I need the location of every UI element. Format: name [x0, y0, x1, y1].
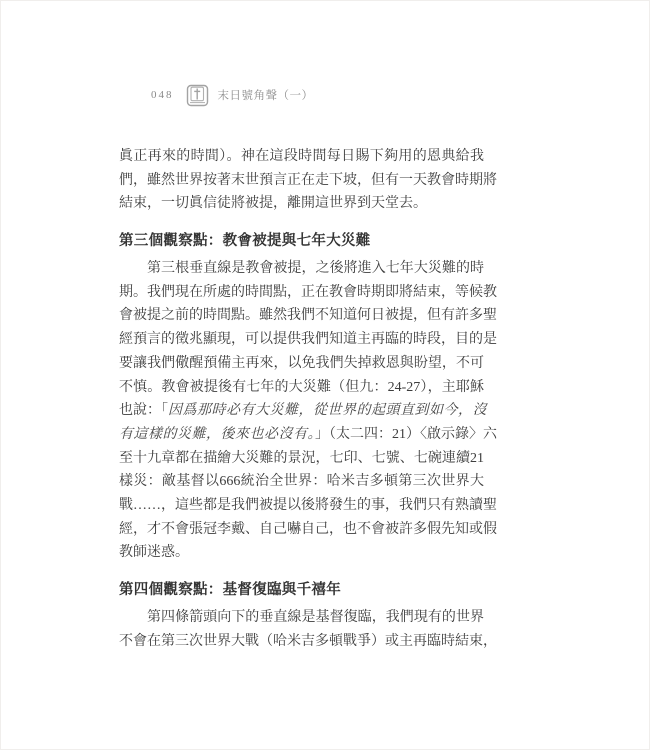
body-text: 要讓我們儆醒預備主再來，以免我們失掉救恩與盼望，不可	[119, 356, 484, 371]
body-text: 也說：「	[119, 403, 168, 418]
paragraph: 眞正再來的時間）。神在這段時間每日賜下夠用的恩典給我們，雖然世界按著末世預言正在…	[119, 145, 484, 216]
body-text: 經預言的徵兆顯現，可以提供我們知道主再臨的時段，目的是	[119, 332, 497, 347]
text-line: 不慎。教會被提後有七年的大災難（但九：24-27），主耶穌	[119, 376, 484, 400]
body-text: 教師迷惑。	[119, 545, 189, 560]
body-text: 會被提之前的時間點。雖然我們不知道何日被提，但有許多聖	[119, 308, 497, 323]
text-line: 期。我們現在所處的時間點，正在教會時期即將結束，等候教	[119, 281, 484, 305]
text-line: 要讓我們儆醒預備主再來，以免我們失掉救恩與盼望，不可	[119, 352, 484, 376]
body-text: 不會在第三次世界大戰（哈米吉多頓戰爭）或主再臨時結束，	[119, 634, 497, 649]
text-line: 有這樣的災難，後來也必沒有。」（太二四：21）〈啟示錄〉六	[119, 423, 484, 447]
section-heading: 第三個觀察點：教會被提與七年大災難	[119, 230, 484, 252]
body-text: 第三根垂直線是教會被提，之後將進入七年大災難的時	[147, 261, 484, 276]
body-text: 不慎。教會被提後有七年的大災難（但九：24-27），主耶穌	[119, 380, 484, 395]
text-line: 也說：「因爲那時必有大災難，從世界的起頭直到如今，沒	[119, 399, 484, 423]
paragraph: 第四條箭頭向下的垂直線是基督復臨，我們現有的世界不會在第三次世界大戰（哈米吉多頓…	[119, 606, 484, 653]
text-line: 教師迷惑。	[119, 541, 484, 565]
text-line: 樣災：敵基督以666統治全世界：哈米吉多頓第三次世界大	[119, 470, 484, 494]
body-text: 們，雖然世界按著末世預言正在走下坡，但有一天教會時期將	[119, 173, 497, 188]
paragraph: 第三根垂直線是教會被提，之後將進入七年大災難的時期。我們現在所處的時間點，正在教…	[119, 257, 484, 565]
body-text: 期。我們現在所處的時間點，正在教會時期即將結束，等候教	[119, 285, 497, 300]
body-text: 第四條箭頭向下的垂直線是基督復臨，我們現有的世界	[147, 610, 484, 625]
text-line: 會被提之前的時間點。雖然我們不知道何日被提，但有許多聖	[119, 304, 484, 328]
text-line: 經，才不會張冠李戴、自己嚇自己，也不會被許多假先知或假	[119, 518, 484, 542]
scripture-quote-text: 有這樣的災難，後來也必沒有。	[119, 427, 315, 442]
body-text: 經，才不會張冠李戴、自己嚇自己，也不會被許多假先知或假	[119, 522, 497, 537]
text-line: 經預言的徵兆顯現，可以提供我們知道主再臨的時段，目的是	[119, 328, 484, 352]
section-heading: 第四個觀察點：基督復臨與千禧年	[119, 579, 484, 601]
text-line: 第四條箭頭向下的垂直線是基督復臨，我們現有的世界	[119, 606, 484, 630]
body-text: 眞正再來的時間）。神在這段時間每日賜下夠用的恩典給我	[119, 149, 484, 164]
text-line: 戰……，這些都是我們被提以後將發生的事，我們只有熟讀聖	[119, 494, 484, 518]
text-line: 們，雖然世界按著末世預言正在走下坡，但有一天教會時期將	[119, 169, 484, 193]
text-line: 眞正再來的時間）。神在這段時間每日賜下夠用的恩典給我	[119, 145, 484, 169]
body-text: 至十九章都在描繪大災難的景況，七印、七號、七碗連續21	[119, 451, 484, 466]
body-text: 結束，一切眞信徒將被提，離開這世界到天堂去。	[119, 196, 427, 211]
body-text: 樣災：敵基督以666統治全世界：哈米吉多頓第三次世界大	[119, 474, 484, 489]
text-line: 第三根垂直線是教會被提，之後將進入七年大災難的時	[119, 257, 484, 281]
body-text: 」（太二四：21）〈啟示錄〉六	[315, 427, 497, 442]
scripture-quote-text: 因爲那時必有大災難，從世界的起頭直到如今，沒	[168, 403, 487, 418]
book-page: 048 末日號角聲（一） 眞正再來的時間）。神在這段時間每日賜下夠用的恩典給我們…	[0, 0, 650, 750]
text-line: 不會在第三次世界大戰（哈米吉多頓戰爭）或主再臨時結束，	[119, 630, 484, 654]
text-line: 結束，一切眞信徒將被提，離開這世界到天堂去。	[119, 192, 484, 216]
body-text: 戰……，這些都是我們被提以後將發生的事，我們只有熟讀聖	[119, 498, 497, 513]
text-line: 至十九章都在描繪大災難的景況，七印、七號、七碗連續21	[119, 447, 484, 471]
page-text-column: 眞正再來的時間）。神在這段時間每日賜下夠用的恩典給我們，雖然世界按著末世預言正在…	[119, 1, 484, 653]
